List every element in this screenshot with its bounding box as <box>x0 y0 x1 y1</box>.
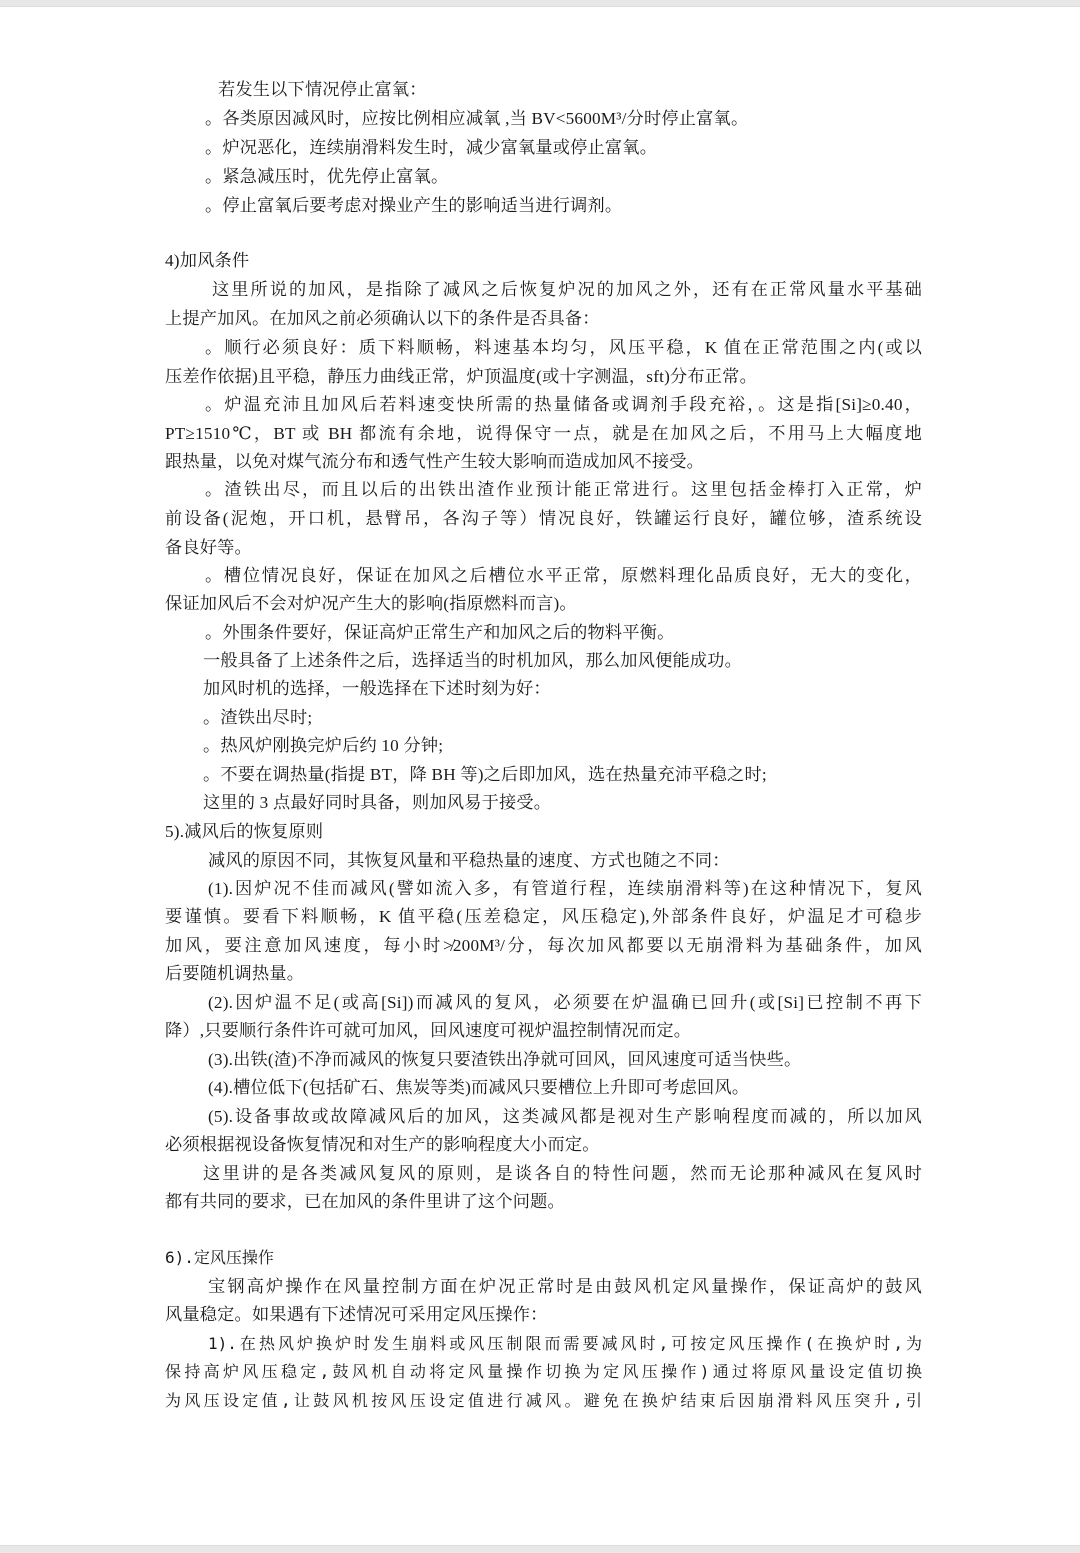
text-line: 宝钢高炉操作在风量控制方面在炉况正常时是由鼓风机定风量操作，保证高炉的鼓风 <box>208 1276 922 1298</box>
text-line: 1).在热风炉换炉时发生崩料或风压制限而需要减风时,可按定风压操作(在换炉时,为 <box>208 1333 922 1355</box>
text-line: 。渣铁出尽时; <box>203 707 922 729</box>
text-line: 这里所说的加风，是指除了减风之后恢复炉况的加风之外，还有在正常风量水平基础 <box>212 279 922 301</box>
text-line: 。停止富氧后要考虑对操业产生的影响适当进行调剂。 <box>205 195 922 217</box>
document-page: 若发生以下情况停止富氧：。各类原因减风时，应按比例相应减氧 ,当 BV<5600… <box>0 0 1080 1553</box>
text-line: 跟热量，以免对煤气流分布和透气性产生较大影响而造成加风不接受。 <box>165 451 922 473</box>
text-line: 6).定风压操作 <box>165 1247 922 1269</box>
text-line: 必须根据视设备恢复情况和对生产的影响程度大小而定。 <box>165 1134 922 1156</box>
text-line: 加风，要注意加风速度，每小时≯200M³/分，每次加风都要以无崩滑料为基础条件，… <box>165 935 922 957</box>
text-line: (1).因炉况不佳而减风(譬如流入多，有管道行程，连续崩滑料等)在这种情况下，复… <box>208 878 922 900</box>
text-line: 5).减风后的恢复原则 <box>165 821 922 843</box>
text-line: 。不要在调热量(指提 BT，降 BH 等)之后即加风，选在热量充沛平稳之时; <box>203 764 922 786</box>
text-line: 为风压设定值,让鼓风机按风压设定值进行减风。避免在换炉结束后因崩滑料风压突升,引 <box>165 1390 922 1412</box>
text-line: 保证加风后不会对炉况产生大的影响(指原燃料而言)。 <box>165 593 922 615</box>
text-line: (5).设备事故或故障减风后的加风，这类减风都是视对生产影响程度而减的，所以加风 <box>208 1106 922 1128</box>
text-line: 这里的 3 点最好同时具备，则加风易于接受。 <box>203 792 922 814</box>
text-line: 风量稳定。如果遇有下述情况可采用定风压操作： <box>165 1304 922 1326</box>
text-line: 要谨慎。要看下料顺畅，K 值平稳(压差稳定，风压稳定),外部条件良好，炉温足才可… <box>165 906 922 928</box>
text-line: 。紧急减压时，优先停止富氧。 <box>205 166 922 188</box>
text-line: 前设备(泥炮，开口机，悬臂吊，各沟子等）情况良好，铁罐运行良好，罐位够，渣系统设 <box>165 508 922 530</box>
text-line: 。槽位情况良好，保证在加风之后槽位水平正常，原燃料理化品质良好，无大的变化， <box>205 565 922 587</box>
text-line: 。各类原因减风时，应按比例相应减氧 ,当 BV<5600M³/分时停止富氧。 <box>205 108 922 130</box>
text-line: 。渣铁出尽，而且以后的出铁出渣作业预计能正常进行。这里包括金棒打入正常，炉 <box>205 479 922 501</box>
text-line: (2).因炉温不足(或高[Si])而减风的复风，必须要在炉温确已回升(或[Si]… <box>208 992 922 1014</box>
text-line: 减风的原因不同，其恢复风量和平稳热量的速度、方式也随之不同： <box>208 850 922 872</box>
text-line: 。顺行必须良好：质下料顺畅，料速基本均匀，风压平稳，K 值在正常范围之内(或以 <box>205 337 922 359</box>
text-line: 上提产加风。在加风之前必须确认以下的条件是否具备： <box>165 308 922 330</box>
text-line: 若发生以下情况停止富氧： <box>218 79 922 101</box>
text-line: 一般具备了上述条件之后，选择适当的时机加风，那么加风便能成功。 <box>203 650 922 672</box>
text-line: 压差作依据)且平稳，静压力曲线正常，炉顶温度(或十字测温，sft)分布正常。 <box>165 366 922 388</box>
text-line: 4)加风条件 <box>165 250 922 272</box>
text-line: PT≥1510℃，BT 或 BH 都流有余地，说得保守一点，就是在加风之后，不用… <box>165 423 922 445</box>
text-line: 。炉况恶化，连续崩滑料发生时，减少富氧量或停止富氧。 <box>205 137 922 159</box>
text-line: (3).出铁(渣)不净而减风的恢复只要渣铁出净就可回风，回风速度可适当快些。 <box>208 1049 922 1071</box>
text-line: 后要随机调热量。 <box>165 963 922 985</box>
text-line: 加风时机的选择，一般选择在下述时刻为好： <box>203 678 922 700</box>
viewer-bottom-edge <box>0 1545 1080 1553</box>
text-line: 都有共同的要求，已在加风的条件里讲了这个问题。 <box>165 1191 922 1213</box>
text-line: 降）,只要顺行条件许可就可加风，回风速度可视炉温控制情况而定。 <box>165 1020 922 1042</box>
text-line: 这里讲的是各类减风复风的原则，是谈各自的特性问题，然而无论那种减风在复风时 <box>203 1163 922 1185</box>
text-line: 。炉温充沛且加风后若料速变快所需的热量储备或调剂手段充裕，。这是指[Si]≥0.… <box>205 394 922 416</box>
text-line: 。热风炉刚换完炉后约 10 分钟; <box>203 735 922 757</box>
text-line: 。外围条件要好，保证高炉正常生产和加风之后的物料平衡。 <box>205 622 922 644</box>
text-line: 保持高炉风压稳定,鼓风机自动将定风量操作切换为定风压操作)通过将原风量设定值切换 <box>165 1361 922 1383</box>
text-line: (4).槽位低下(包括矿石、焦炭等类)而减风只要槽位上升即可考虑回风。 <box>208 1077 922 1099</box>
text-line: 备良好等。 <box>165 537 922 559</box>
